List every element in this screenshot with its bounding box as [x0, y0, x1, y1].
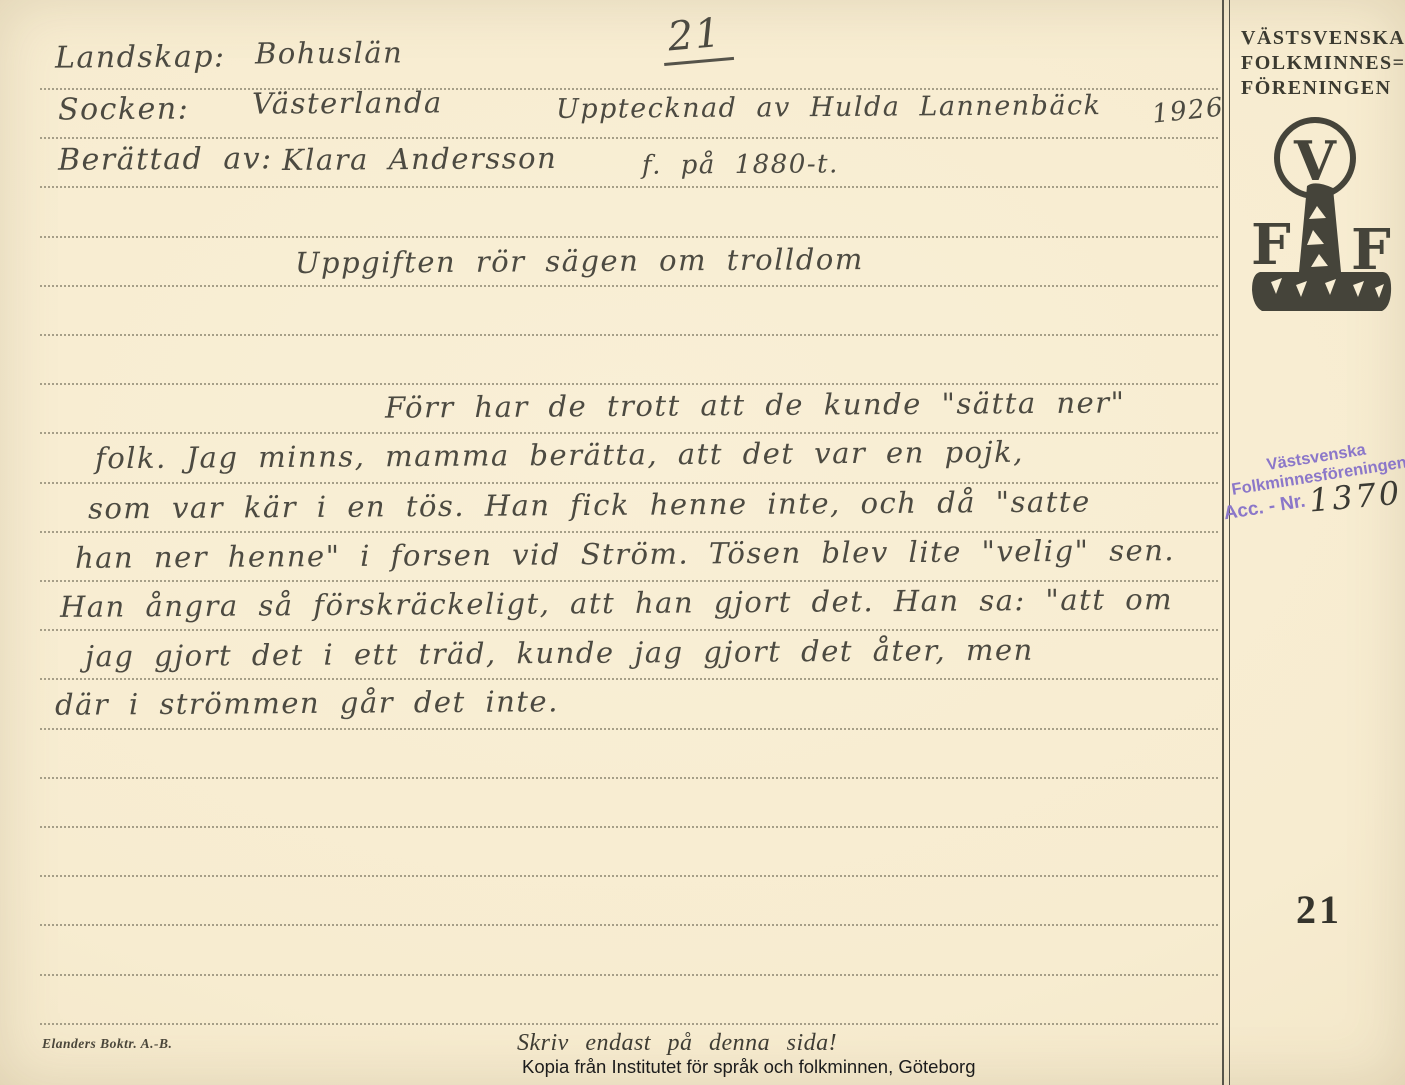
ruled-line [40, 531, 1218, 533]
organisation-name-line1: VÄSTSVENSKA [1241, 26, 1401, 51]
upptecknad-year: 1926 [1151, 92, 1226, 129]
socken-label: Socken: [58, 92, 190, 128]
body-line: folk. Jag minns, mamma berätta, att det … [95, 435, 1024, 475]
accession-number-value: 1370 [1308, 480, 1403, 514]
ruled-line [40, 186, 1218, 188]
ruled-line [40, 285, 1218, 287]
ruled-line [40, 875, 1218, 877]
printer-credit: Elanders Boktr. A.-B. [42, 1036, 172, 1052]
organisation-name: VÄSTSVENSKA FOLKMINNES= FÖRENINGEN [1241, 26, 1401, 101]
handwritten-page-number: 21 [660, 9, 734, 66]
printed-page-number: 21 [1296, 886, 1342, 933]
berattad-av-label: Berättad av: [58, 141, 273, 177]
landskap-label: Landskap: [55, 39, 226, 75]
body-line: jag gjort det i ett träd, kunde jag gjor… [85, 633, 1034, 674]
ruled-line [40, 629, 1218, 631]
logo-letter-v: V [1293, 129, 1337, 193]
accession-stamp: Västsvenska Folkminnesföreningen Acc. - … [1216, 433, 1405, 530]
berattad-av-value: Klara Andersson [282, 141, 557, 177]
ruled-line [40, 383, 1218, 385]
ruled-line [40, 580, 1218, 582]
landskap-value: Bohuslän [255, 35, 403, 70]
body-line: Han ångra så förskräckeligt, att han gjo… [60, 582, 1173, 624]
organisation-name-line3: FÖRENINGEN [1241, 76, 1401, 101]
informant-born-note: f. på 1880-t. [642, 149, 839, 180]
ruled-line [40, 1023, 1218, 1025]
ruled-line [40, 678, 1218, 680]
thors-hammer-icon: V F F [1247, 106, 1397, 321]
ruled-line [40, 137, 1218, 139]
upptecknad-av-note: Upptecknad av Hulda Lannenbäck [556, 90, 1102, 125]
organisation-name-line2: FOLKMINNES= [1241, 51, 1401, 76]
ruled-line [40, 826, 1218, 828]
ruled-line [40, 236, 1218, 238]
sidebar-divider [1222, 0, 1230, 1085]
archive-copy-note: Kopia från Institutet för språk och folk… [522, 1056, 976, 1078]
body-line: Förr har de trott att de kunde "sätta ne… [385, 385, 1126, 424]
ruled-line [40, 974, 1218, 976]
ruled-line [40, 777, 1218, 779]
scanned-record-card: 21 Landskap: Bohuslän Socken: Västerland… [0, 0, 1405, 1085]
write-only-this-side-note: Skriv endast på denna sida! [517, 1030, 837, 1057]
ruled-line [40, 432, 1218, 434]
ruled-line [40, 334, 1218, 336]
logo-letter-f-left: F [1251, 212, 1291, 278]
body-line: där i strömmen går det inte. [55, 684, 559, 722]
body-line: som var kär i en tös. Han fick henne int… [88, 485, 1091, 526]
socken-value: Västerlanda [252, 85, 443, 120]
record-heading: Uppgiften rör sägen om trolldom [295, 242, 864, 280]
ruled-line [40, 482, 1218, 484]
body-line: han ner henne" i forsen vid Ström. Tösen… [75, 533, 1175, 575]
ruled-line [40, 924, 1218, 926]
vff-logo: V F F [1247, 106, 1397, 321]
ruled-line [40, 728, 1218, 730]
